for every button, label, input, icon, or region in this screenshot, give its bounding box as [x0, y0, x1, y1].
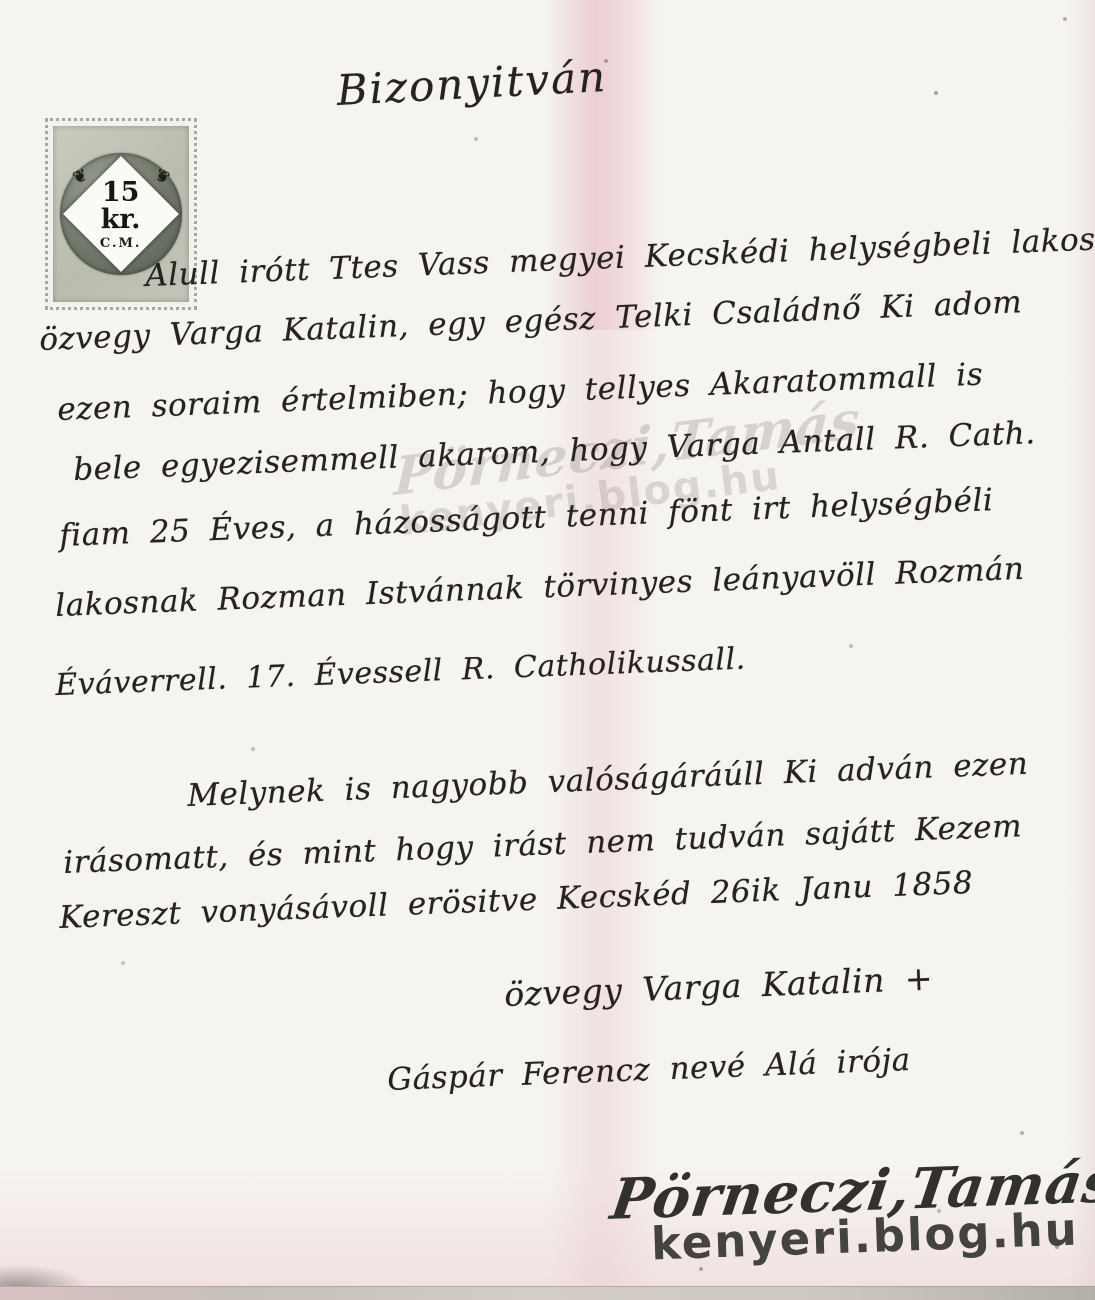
stamp-face: 15 kr. C.M.	[80, 179, 162, 250]
manuscript-line: Éváverrell. 17. Évessell R. Catholikussa…	[55, 642, 747, 703]
stamp-currency: C.M.	[80, 237, 162, 250]
manuscript-line: bele egyezisemmell akarom, hogy Varga An…	[73, 415, 1037, 488]
manuscript-line: ezen soraim értelmiben; hogy tellyes Aka…	[57, 356, 984, 428]
document-title: Bizonyitván	[335, 52, 608, 115]
signature-party: özvegy Varga Katalin +	[504, 959, 934, 1014]
watermark-strong: Pörneczi,Tamás kenyeri.blog.hu	[610, 1149, 1095, 1272]
manuscript-line: lakosnak Rozman Istvánnak törvinyes leán…	[55, 551, 1025, 624]
scan-bottom-edge	[0, 1286, 1095, 1300]
manuscript-line: Melynek is nagyobb valóságáráúll Ki advá…	[187, 746, 1029, 814]
stamp-value: 15 kr.	[80, 179, 162, 233]
document-scan: Pörneczi,Tamás kenyeri.blog.hu ❦ ❦ ❦ 15 …	[0, 0, 1095, 1300]
paper-speckles	[0, 0, 2, 2]
manuscript-line: Alull irótt Ttes Vass megyei Kecskédi he…	[145, 222, 1095, 294]
manuscript-line: fiam 25 Éves, a házosságott tenni fönt i…	[59, 482, 994, 554]
center-fold-shadow-top	[545, 0, 660, 330]
right-edge-shadow	[1069, 0, 1095, 1300]
signature-scribe: Gáspár Ferencz nevé Alá irója	[387, 1042, 912, 1098]
